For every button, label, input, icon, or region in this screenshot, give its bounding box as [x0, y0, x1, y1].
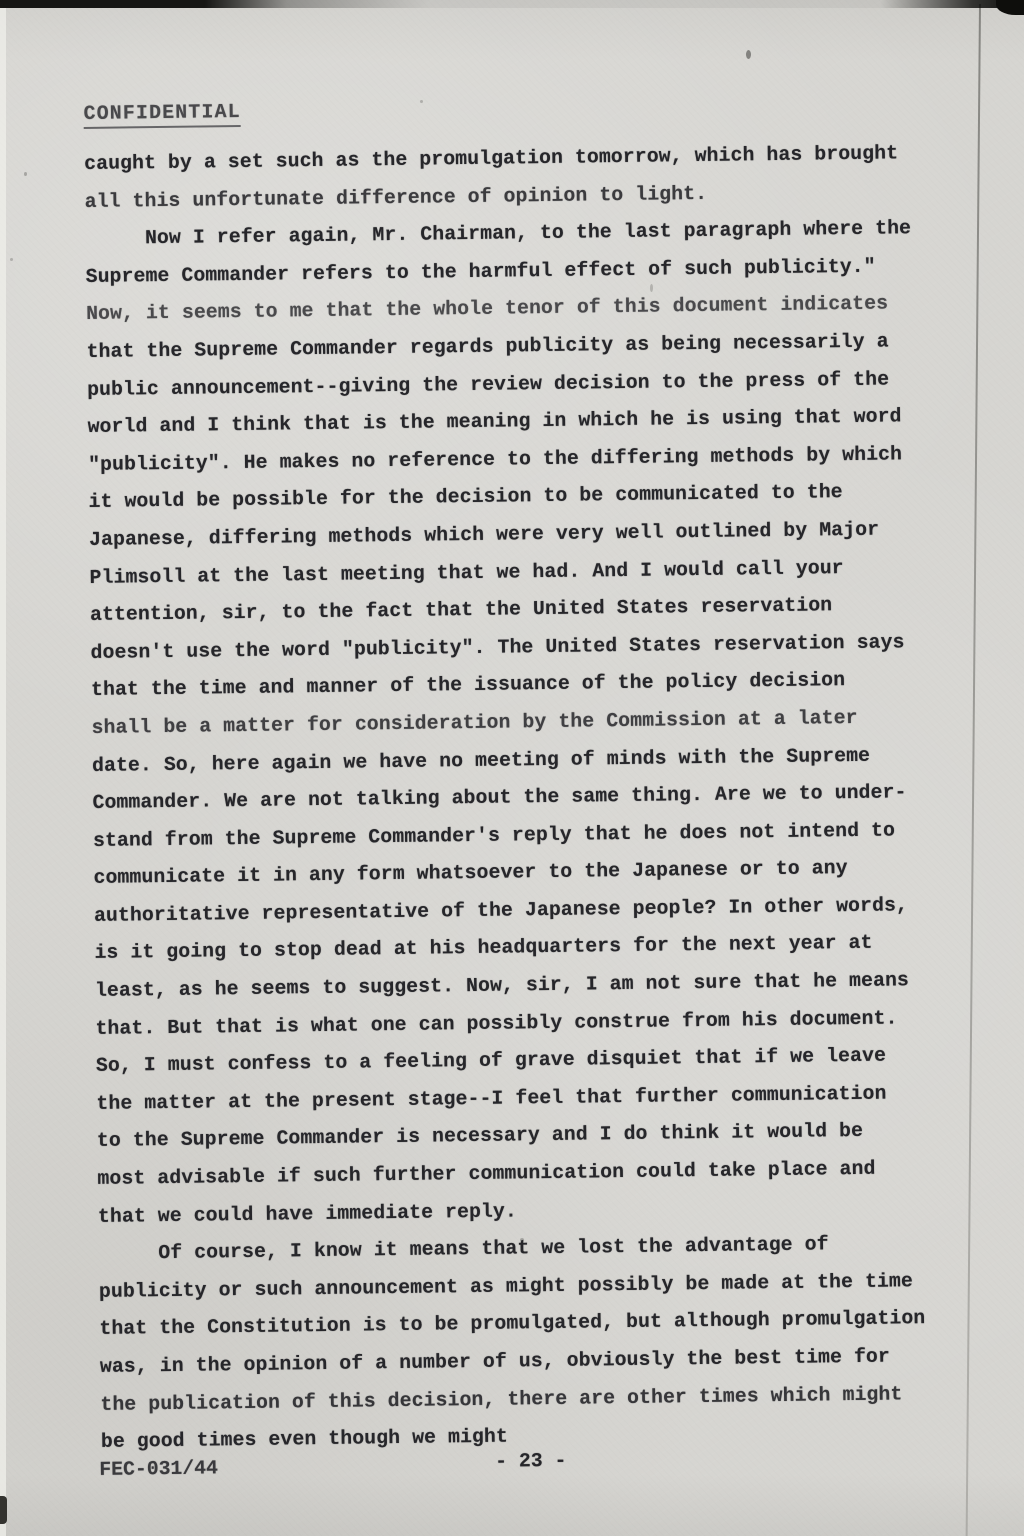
scanned-page: CONFIDENTIAL caught by a set such as the…: [0, 0, 1024, 1536]
page-number: - 23 -: [495, 1443, 567, 1481]
classification-banner: CONFIDENTIAL: [83, 101, 241, 129]
scan-mark-bottom-left: [0, 1496, 7, 1524]
document-body: caught by a set such as the promulgation…: [84, 135, 927, 1461]
page-content: CONFIDENTIAL caught by a set such as the…: [0, 0, 1024, 1536]
document-number: FEC-031/44: [99, 1450, 218, 1489]
